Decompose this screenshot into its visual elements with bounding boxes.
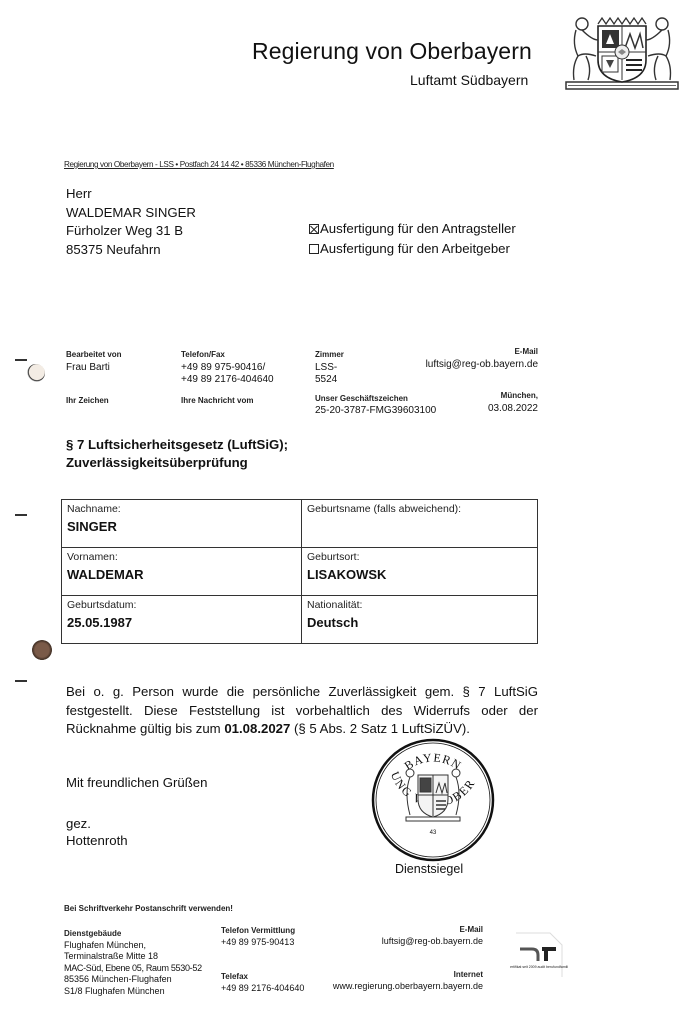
table-cell: Nationalität: Deutsch <box>302 596 538 644</box>
signature-block: gez. Hottenroth <box>66 815 128 849</box>
table-cell: Geburtsdatum: 25.05.1987 <box>62 596 302 644</box>
signer-name: Hottenroth <box>66 832 128 849</box>
table-cell: Geburtsort: LISAKOWSK <box>302 548 538 596</box>
footer-email-value: luftsig@reg-ob.bayern.de <box>382 936 483 947</box>
official-seal-icon: BAYERN REGIERUNG VON OBERBAYERN 43 <box>370 737 496 863</box>
person-details-table: Nachname: SINGER Geburtsname (falls abwe… <box>61 499 538 644</box>
body-paragraph: Bei o. g. Person wurde die persönliche Z… <box>66 683 538 739</box>
punch-hole-icon <box>32 640 52 660</box>
processed-by-value: Frau Barti <box>66 362 110 375</box>
phone-value: +49 89 975-90416/ <box>181 362 265 375</box>
footer-email-label: E-Mail <box>459 925 483 934</box>
email-value: luftsig@reg-ob.bayern.de <box>426 359 538 372</box>
birth-name-label: Geburtsname (falls abweichend): <box>307 503 532 516</box>
date-value: 03.08.2022 <box>488 403 538 416</box>
fold-mark <box>15 359 27 361</box>
footer-building-line: 85356 München-Flughafen <box>64 974 202 985</box>
first-names-value: WALDEMAR <box>67 566 296 583</box>
copy-employer-label: Ausfertigung für den Arbeitgeber <box>320 239 510 259</box>
authority-title: Regierung von Oberbayern <box>252 38 532 65</box>
our-reference-label: Unser Geschäftszeichen <box>315 394 408 403</box>
phone-fax-label: Telefon/Fax <box>181 350 225 359</box>
birthdate-label: Geburtsdatum: <box>67 599 296 612</box>
subject: § 7 Luftsicherheitsgesetz (LuftSiG); Zuv… <box>66 436 288 472</box>
room-value-line2: 5524 <box>315 374 337 387</box>
surname-label: Nachname: <box>67 503 296 516</box>
table-row: Nachname: SINGER Geburtsname (falls abwe… <box>62 500 538 548</box>
copy-applicant: Ausfertigung für den Antragsteller <box>309 219 516 239</box>
place-label: München, <box>501 391 538 400</box>
recipient-street: Fürholzer Weg 31 B <box>66 222 196 241</box>
first-names-label: Vornamen: <box>67 551 296 564</box>
valid-until-date: 01.08.2027 <box>224 721 290 736</box>
punch-hole-icon <box>27 364 45 382</box>
footer-building-line: Flughafen München, <box>64 940 202 951</box>
table-row: Vornamen: WALDEMAR Geburtsort: LISAKOWSK <box>62 548 538 596</box>
footer-building-line: Terminalstraße Mitte 18 <box>64 951 202 962</box>
footer-postal-note: Bei Schriftverkehr Postanschrift verwend… <box>64 904 233 913</box>
recipient-address: Herr WALDEMAR SINGER Fürholzer Weg 31 B … <box>66 185 196 259</box>
body-text-after: (§ 5 Abs. 2 Satz 1 LuftSiZÜV). <box>290 721 470 736</box>
table-cell: Vornamen: WALDEMAR <box>62 548 302 596</box>
nationality-value: Deutsch <box>307 614 532 631</box>
footer-building-label: Dienstgebäude <box>64 929 121 938</box>
footer-fax-label: Telefax <box>221 972 248 981</box>
signed-abbrev: gez. <box>66 815 128 832</box>
family-audit-certificate-icon: Zertifikat seit 2009 audit berufundfamil… <box>510 925 568 983</box>
birthplace-label: Geburtsort: <box>307 551 532 564</box>
subject-line1: § 7 Luftsicherheitsgesetz (LuftSiG); <box>66 436 288 454</box>
email-label: E-Mail <box>514 347 538 356</box>
your-message-label: Ihre Nachricht vom <box>181 396 253 405</box>
footer-building-address: Flughafen München, Terminalstraße Mitte … <box>64 940 202 997</box>
footer-building-line: MAC-Süd, Ebene 05, Raum 5530-52 <box>64 963 202 974</box>
cert-text: Zertifikat seit 2009 audit berufundfamil… <box>510 965 568 969</box>
footer-fax-value: +49 89 2176-404640 <box>221 983 304 994</box>
recipient-salutation: Herr <box>66 185 196 204</box>
checkbox-empty-icon <box>309 244 319 254</box>
copy-designation: Ausfertigung für den Antragsteller Ausfe… <box>309 219 516 259</box>
sender-return-address: Regierung von Oberbayern - LSS • Postfac… <box>64 160 334 169</box>
your-reference-label: Ihr Zeichen <box>66 396 109 405</box>
subject-line2: Zuverlässigkeitsüberprüfung <box>66 454 288 472</box>
room-label: Zimmer <box>315 350 344 359</box>
nationality-label: Nationalität: <box>307 599 532 612</box>
fax-value: +49 89 2176-404640 <box>181 374 274 387</box>
our-reference-value: 25-20-3787-FMG39603100 <box>315 405 436 418</box>
seal-caption: Dienstsiegel <box>395 862 463 876</box>
footer-switchboard-value: +49 89 975-90413 <box>221 937 294 948</box>
fold-mark <box>15 514 27 516</box>
recipient-city: 85375 Neufahrn <box>66 241 196 260</box>
department-subtitle: Luftamt Südbayern <box>410 72 528 88</box>
table-cell: Geburtsname (falls abweichend): <box>302 500 538 548</box>
table-cell: Nachname: SINGER <box>62 500 302 548</box>
table-row: Geburtsdatum: 25.05.1987 Nationalität: D… <box>62 596 538 644</box>
checkbox-checked-icon <box>309 224 319 234</box>
footer-switchboard-label: Telefon Vermittlung <box>221 926 295 935</box>
fold-mark <box>15 680 27 682</box>
copy-employer: Ausfertigung für den Arbeitgeber <box>309 239 516 259</box>
room-value-line1: LSS- <box>315 362 337 375</box>
birthdate-value: 25.05.1987 <box>67 614 296 631</box>
birthplace-value: LISAKOWSK <box>307 566 532 583</box>
copy-applicant-label: Ausfertigung für den Antragsteller <box>320 219 516 239</box>
processed-by-label: Bearbeitet von <box>66 350 122 359</box>
closing-greeting: Mit freundlichen Grüßen <box>66 775 207 790</box>
footer-internet-label: Internet <box>454 970 483 979</box>
seal-number: 43 <box>430 830 437 836</box>
coat-of-arms-icon <box>562 10 682 92</box>
footer-building-line: S1/8 Flughafen München <box>64 986 202 997</box>
recipient-name: WALDEMAR SINGER <box>66 204 196 223</box>
surname-value: SINGER <box>67 518 296 535</box>
footer-internet-value: www.regierung.oberbayern.bayern.de <box>333 981 483 992</box>
